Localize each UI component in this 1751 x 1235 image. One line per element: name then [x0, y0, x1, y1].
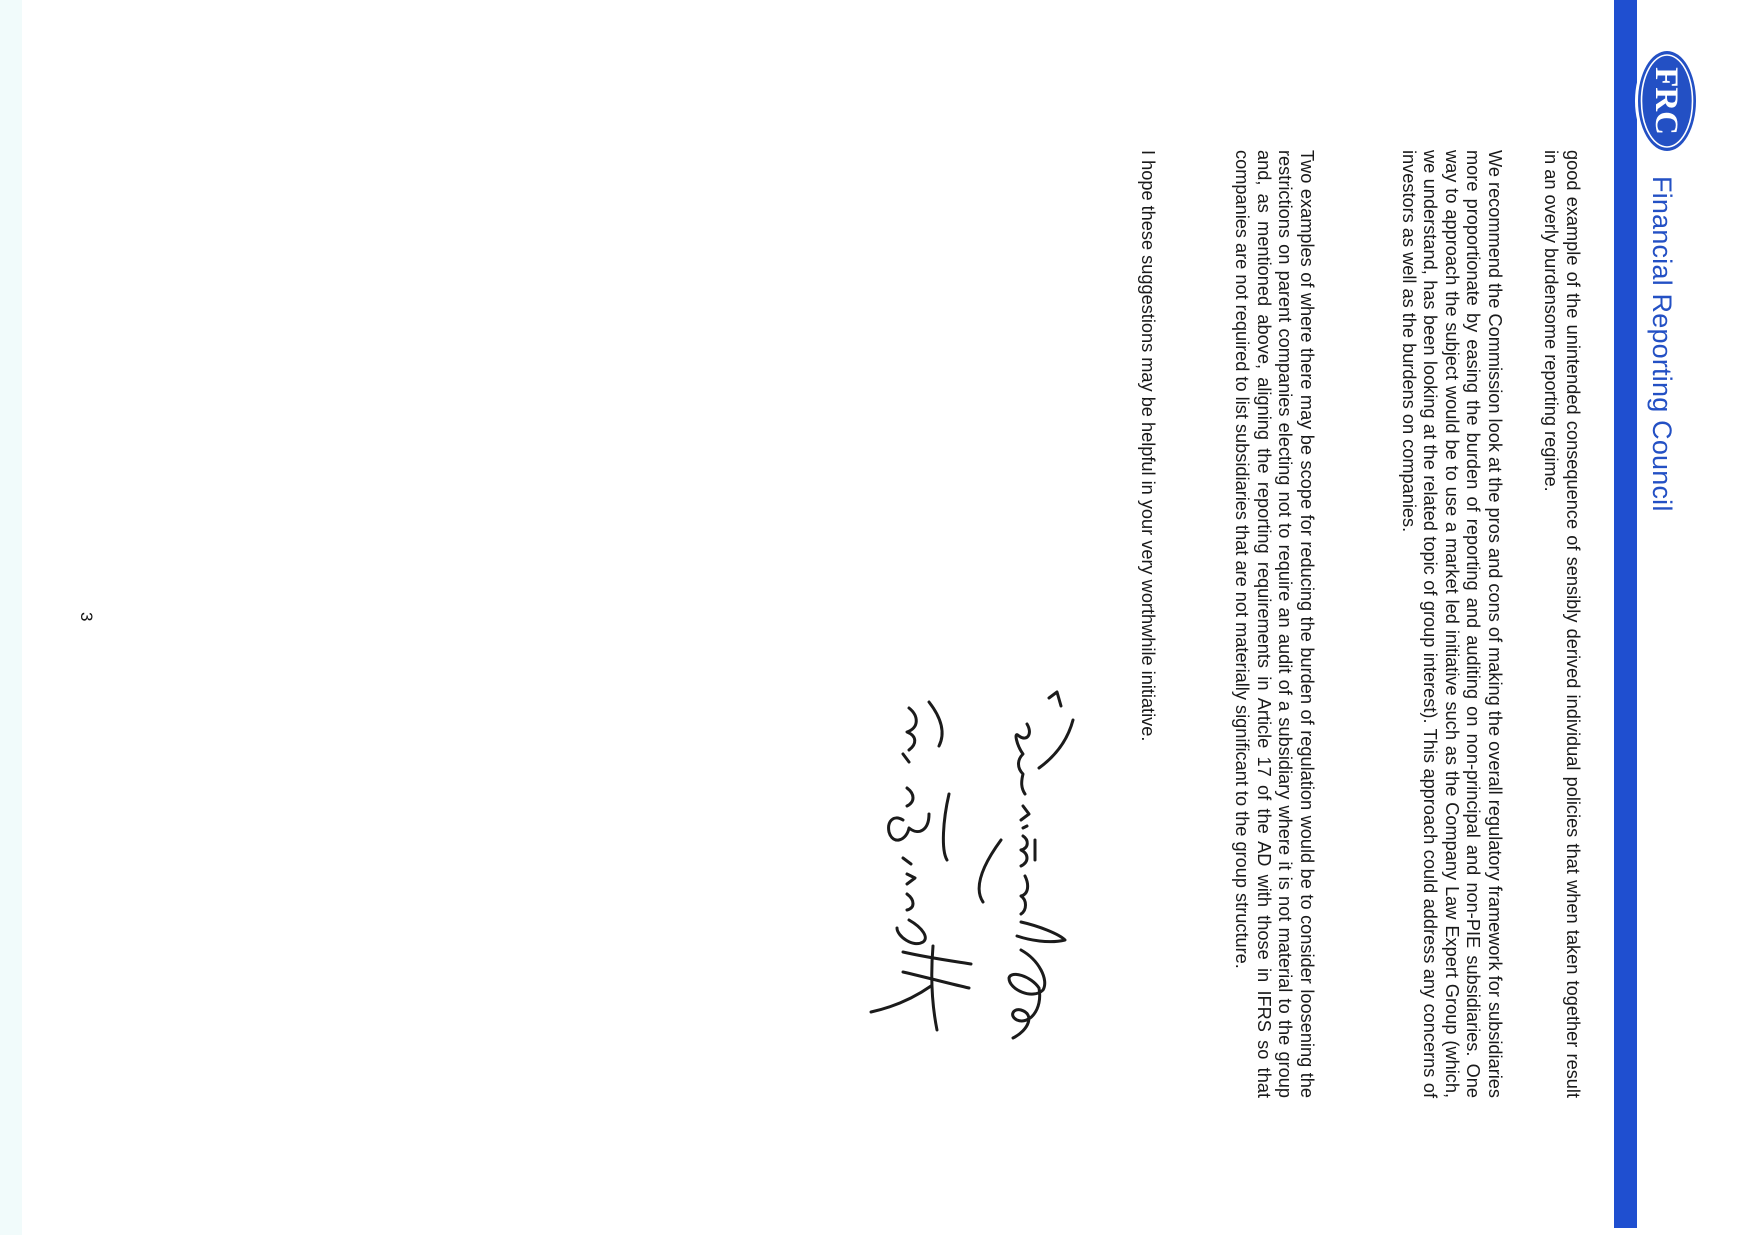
page-number: 3 [76, 612, 96, 621]
document-viewer: FRC Financial Reporting Council good exa… [0, 0, 1751, 1235]
paragraph-3: Two examples of where there may be scope… [1231, 150, 1317, 1098]
handwritten-signature [864, 690, 1079, 1050]
brand-bar [1614, 0, 1637, 1228]
letter-page: FRC Financial Reporting Council good exa… [0, 0, 1751, 1235]
closing-line: I hope these suggestions may be helpful … [1137, 150, 1159, 1098]
frc-logo-icon: FRC [1634, 46, 1700, 156]
organization-title: Financial Reporting Council [1646, 176, 1677, 512]
paragraph-1: good example of the unintended consequen… [1540, 150, 1583, 1098]
paragraph-2: We recommend the Commission look at the … [1398, 150, 1506, 1098]
svg-text:FRC: FRC [1648, 67, 1684, 135]
